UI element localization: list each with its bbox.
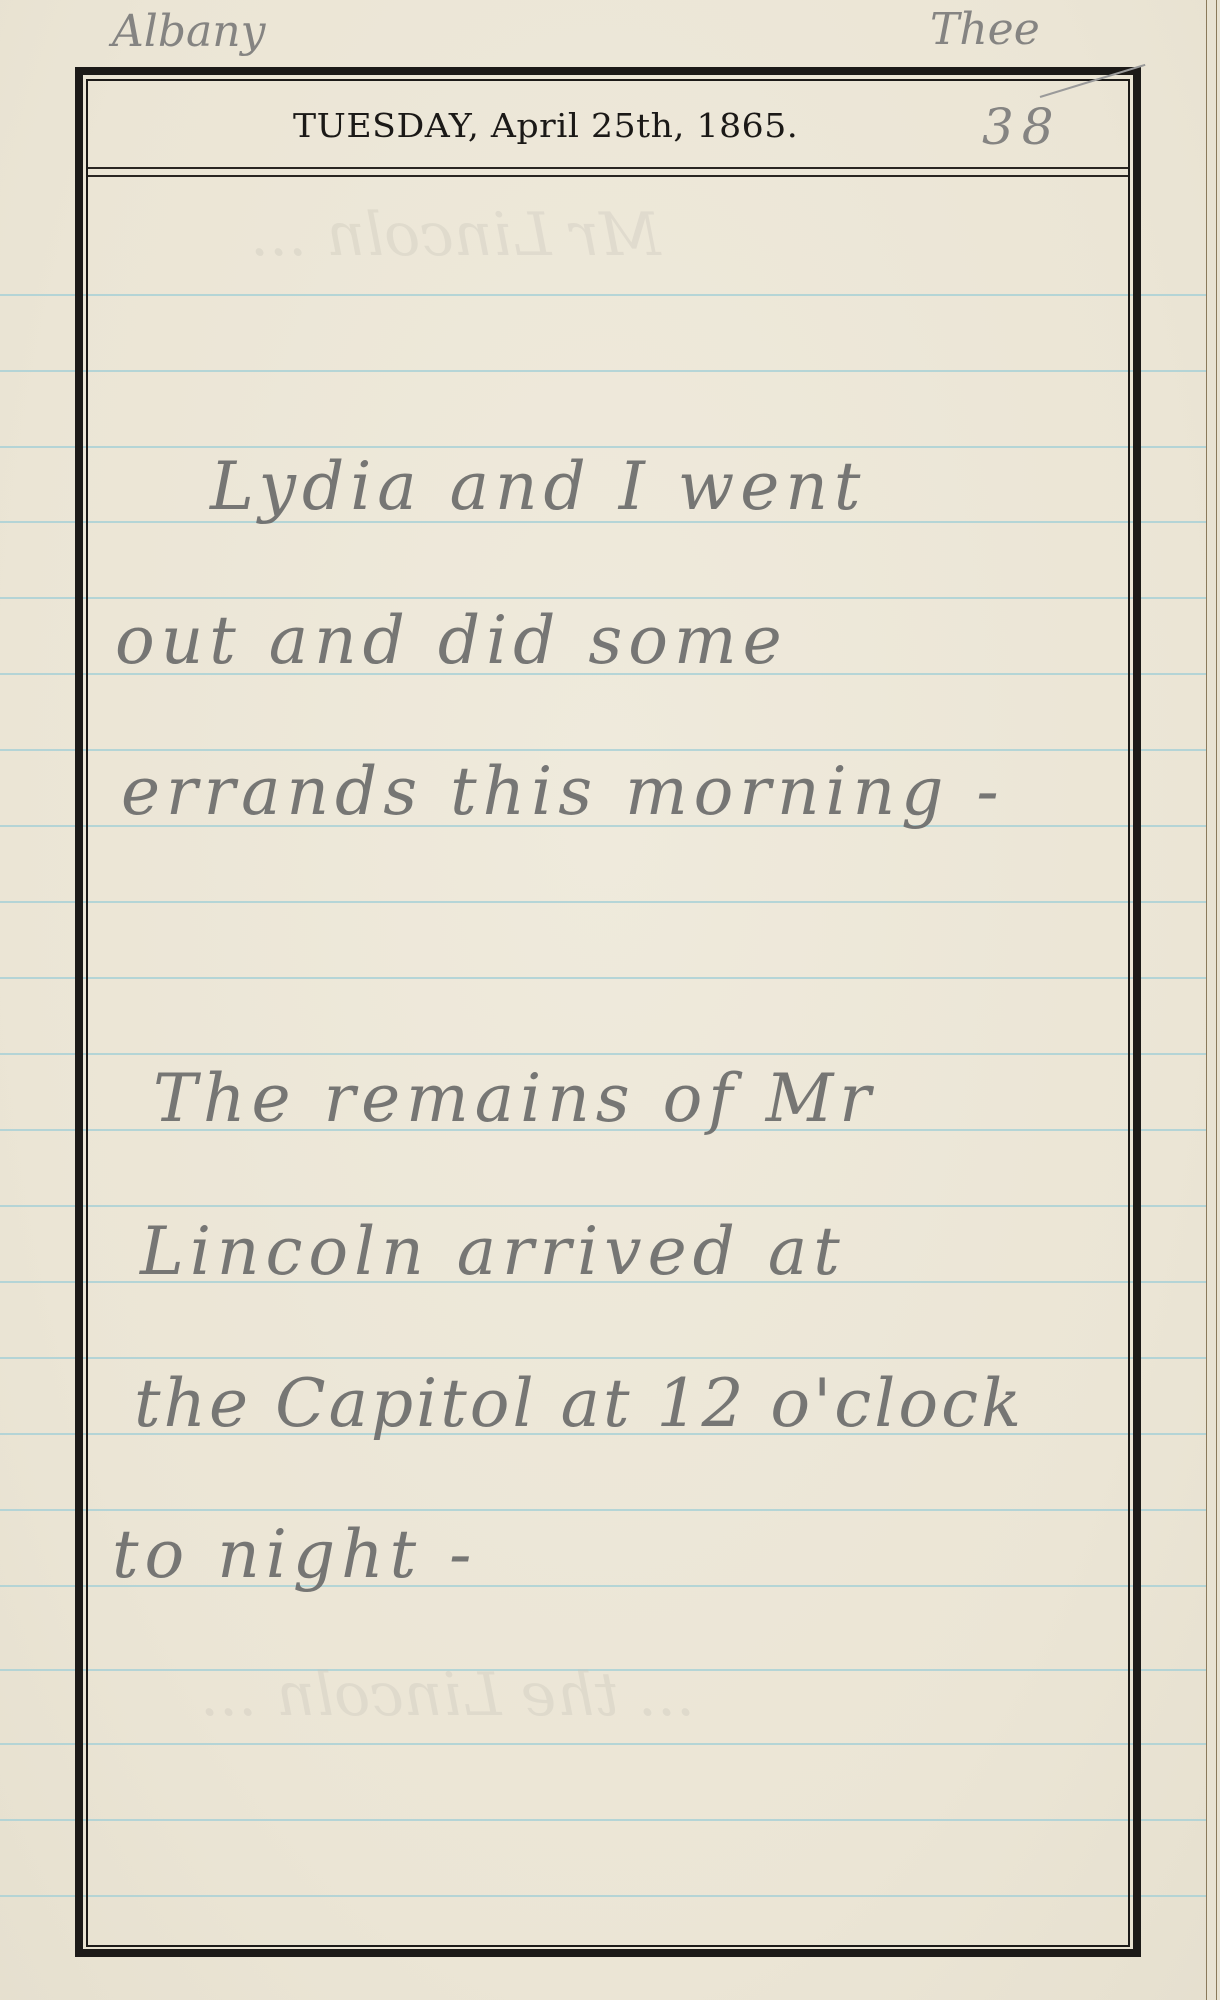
entry-line-6: the Capitol at 12 o'clock xyxy=(134,1365,1024,1442)
annotation-thee: Thee xyxy=(930,4,1040,55)
adjacent-page-edge xyxy=(1207,0,1220,2000)
entry-line-5: Lincoln arrived at xyxy=(140,1213,846,1290)
entry-line-2: out and did some xyxy=(115,602,788,679)
annotation-albany: Albany xyxy=(112,6,265,57)
printed-frame-inner xyxy=(86,79,1130,1947)
entry-line-7: to night - xyxy=(112,1516,477,1593)
entry-line-1: Lydia and I went xyxy=(210,448,866,525)
entry-line-3: errands this morning - xyxy=(121,753,1005,830)
diary-page: Mr Lincoln ... ... the Lincoln ... TUESD… xyxy=(0,0,1206,2000)
page-number: 38 xyxy=(982,98,1062,156)
date-heading: TUESDAY, April 25th, 1865. xyxy=(293,106,955,145)
page-edge-line xyxy=(1216,0,1217,2000)
entry-line-4: The remains of Mr xyxy=(153,1060,877,1137)
header-rule-top xyxy=(88,167,1128,169)
header-rule-bottom xyxy=(88,175,1128,177)
